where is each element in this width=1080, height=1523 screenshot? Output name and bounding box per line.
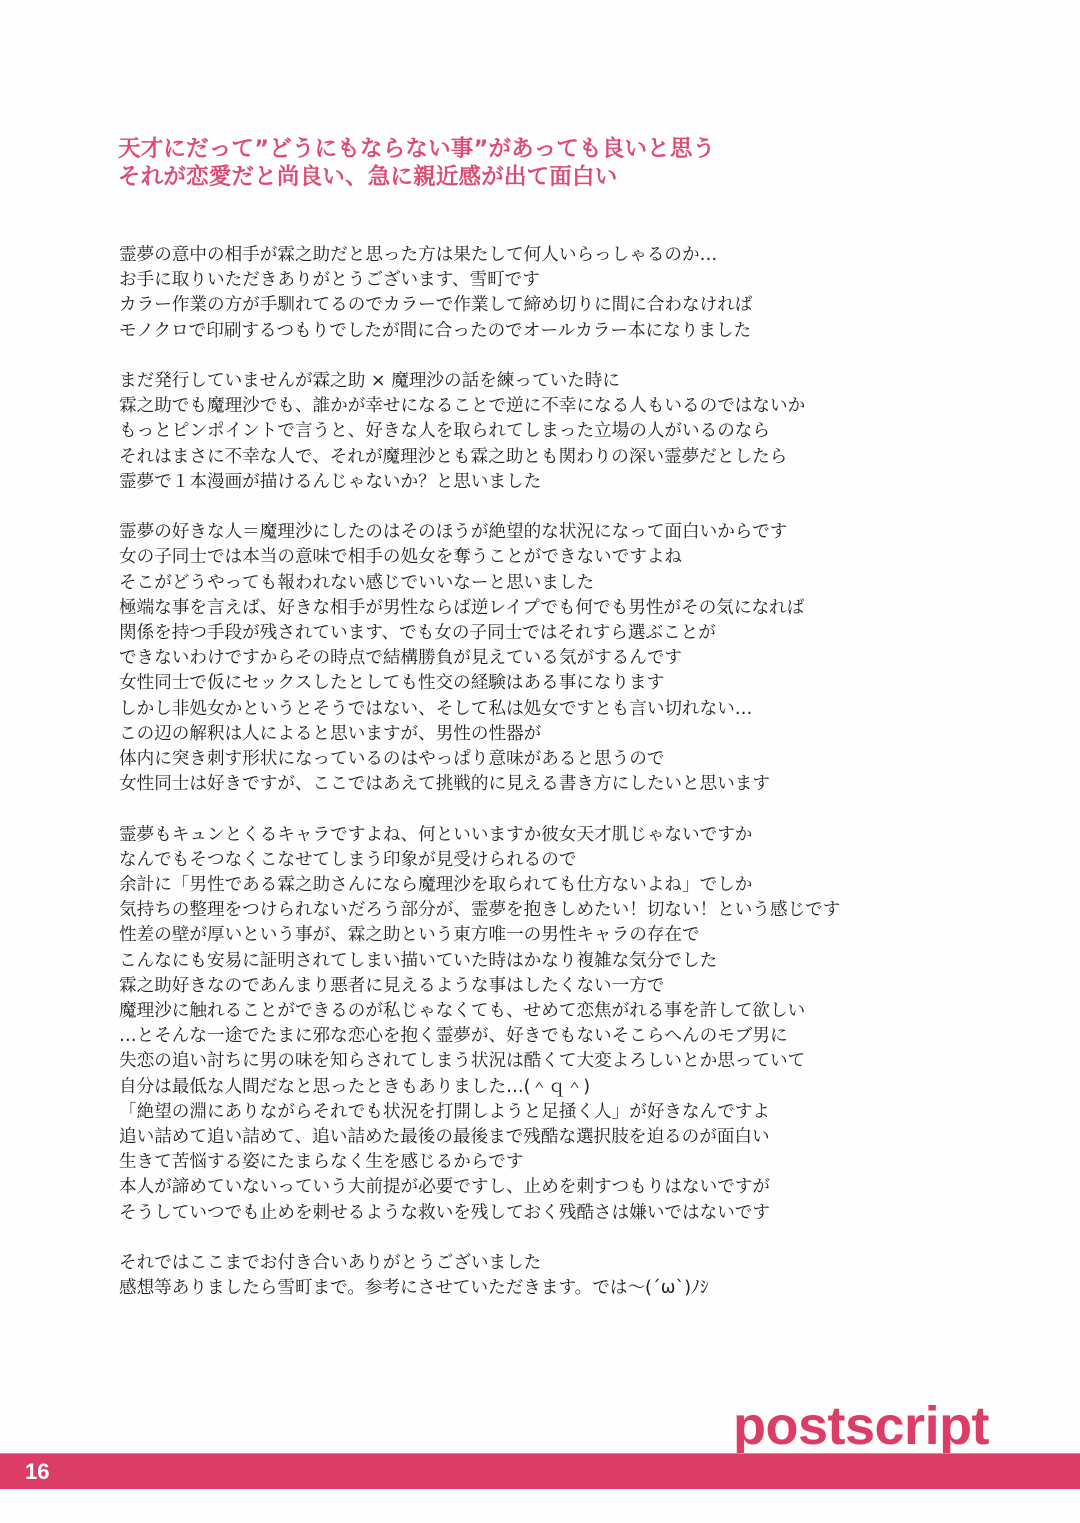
text-line: 性差の壁が厚いという事が、霖之助という東方唯一の男性キャラの存在で [119, 923, 1019, 948]
text-line: なんでもそつなくこなせてしまう印象が見受けられるので [119, 848, 1019, 873]
text-line: 霖之助でも魔理沙でも、誰かが幸せになることで逆に不幸になる人もいるのではないか [119, 394, 1019, 419]
text-line: 女性同士は好きですが、ここではあえて挑戦的に見える書き方にしたいと思います [119, 772, 1019, 797]
text-line: 極端な事を言えば、好きな相手が男性ならば逆レイプでも何でも男性がその気になれば [119, 596, 1019, 621]
text-line: カラー作業の方が手馴れてるのでカラーで作業して締め切りに間に合わなければ [119, 293, 1019, 318]
paragraph-reasoning: 霊夢の好きな人＝魔理沙にしたのはそのほうが絶望的な状況になって面白いからです 女… [119, 520, 1019, 797]
text-line: そうしていつでも止めを刺せるような救いを残しておく残酷さは嫌いではないです [119, 1201, 1019, 1226]
text-line: この辺の解釈は人によると思いますが、男性の性器が [119, 722, 1019, 747]
text-line: 「絶望の淵にありながらそれでも状況を打開しようと足掻く人」が好きなんですよ [119, 1100, 1019, 1125]
text-line: それはまさに不幸な人で、それが魔理沙とも霖之助とも関わりの深い霊夢だとしたら [119, 445, 1019, 470]
text-line: 霖之助好きなのであんまり悪者に見えるような事はしたくない一方で [119, 974, 1019, 999]
page-number: 16 [25, 1459, 49, 1485]
text-line: 追い詰めて追い詰めて、追い詰めた最後の最後まで残酷な選択肢を迫るのが面白い [119, 1125, 1019, 1150]
text-line: できないわけですからその時点で結構勝負が見えている気がするんです [119, 646, 1019, 671]
paragraph-closing: それではここまでお付き合いありがとうございました 感想等ありましたら雪町まで。参… [119, 1251, 1019, 1301]
text-line: 自分は最低な人間だなと思ったときもありました…(＾ｑ＾) [119, 1075, 1019, 1100]
paragraph-origin: まだ発行していませんが霖之助 × 魔理沙の話を練っていた時に 霖之助でも魔理沙で… [119, 369, 1019, 495]
text-line: 霊夢の好きな人＝魔理沙にしたのはそのほうが絶望的な状況になって面白いからです [119, 520, 1019, 545]
text-line: そこがどうやっても報われない感じでいいなーと思いました [119, 571, 1019, 596]
heading-line-2: それが恋愛だと尚良い、急に親近感が出て面白い [118, 163, 1018, 191]
text-line: 女の子同士では本当の意味で相手の処女を奪うことができないですよね [119, 545, 1019, 570]
text-line: 感想等ありましたら雪町まで。参考にさせていただきます。では～(´ω`)ﾉｼ [119, 1276, 1019, 1301]
text-line: まだ発行していませんが霖之助 × 魔理沙の話を練っていた時に [119, 369, 1019, 394]
paragraph-greeting: 霊夢の意中の相手が霖之助だと思った方は果たして何人いらっしゃるのか… お手に取り… [119, 243, 1019, 344]
text-line: 女性同士で仮にセックスしたとしても性交の経験はある事になります [119, 671, 1019, 696]
text-line: お手に取りいただきありがとうございます、雪町です [119, 268, 1019, 293]
text-line: 体内に突き刺す形状になっているのはやっぱり意味があると思うので [119, 747, 1019, 772]
text-line: 霊夢もキュンとくるキャラですよね、何といいますか彼女天才肌じゃないですか [119, 823, 1019, 848]
text-line: 余計に「男性である霖之助さんになら魔理沙を取られても仕方ないよね」でしか [119, 873, 1019, 898]
text-line: モノクロで印刷するつもりでしたが間に合ったのでオールカラー本になりました [119, 319, 1019, 344]
body-text: 霊夢の意中の相手が霖之助だと思った方は果たして何人いらっしゃるのか… お手に取り… [119, 243, 1019, 1327]
text-line: 生きて苦悩する姿にたまらなく生を感じるからです [119, 1150, 1019, 1175]
text-line: 気持ちの整理をつけられないだろう部分が、霊夢を抱きしめたい！切ない！という感じで… [119, 898, 1019, 923]
text-line: 失恋の追い討ちに男の味を知らされてしまう状況は酷くて大変よろしいとか思っていて [119, 1049, 1019, 1074]
text-line: それではここまでお付き合いありがとうございました [119, 1251, 1019, 1276]
section-label-postscript: postscript [733, 1396, 989, 1456]
text-line: 霊夢の意中の相手が霖之助だと思った方は果たして何人いらっしゃるのか… [119, 243, 1019, 268]
text-line: しかし非処女かというとそうではない、そして私は処女ですとも言い切れない… [119, 697, 1019, 722]
text-line: もっとピンポイントで言うと、好きな人を取られてしまった立場の人がいるのなら [119, 419, 1019, 444]
document-page: 天才にだって”どうにもならない事”があっても良いと思う それが恋愛だと尚良い、急… [0, 0, 1080, 1523]
text-line: …とそんな一途でたまに邪な恋心を抱く霊夢が、好きでもないそこらへんのモブ男に [119, 1024, 1019, 1049]
text-line: 霊夢で１本漫画が描けるんじゃないか？と思いました [119, 470, 1019, 495]
heading-line-1: 天才にだって”どうにもならない事”があっても良いと思う [118, 135, 1018, 163]
paragraph-character: 霊夢もキュンとくるキャラですよね、何といいますか彼女天才肌じゃないですか なんで… [119, 823, 1019, 1226]
footer-bar: 16 [0, 1453, 1080, 1489]
text-line: 関係を持つ手段が残されています、でも女の子同士ではそれすら選ぶことが [119, 621, 1019, 646]
text-line: 魔理沙に触れることができるのが私じゃなくても、せめて恋焦がれる事を許して欲しい [119, 999, 1019, 1024]
text-line: 本人が諦めていないっていう大前提が必要ですし、止めを刺すつもりはないですが [119, 1175, 1019, 1200]
page-heading: 天才にだって”どうにもならない事”があっても良いと思う それが恋愛だと尚良い、急… [118, 135, 1018, 191]
text-line: こんなにも安易に証明されてしまい描いていた時はかなり複雑な気分でした [119, 949, 1019, 974]
